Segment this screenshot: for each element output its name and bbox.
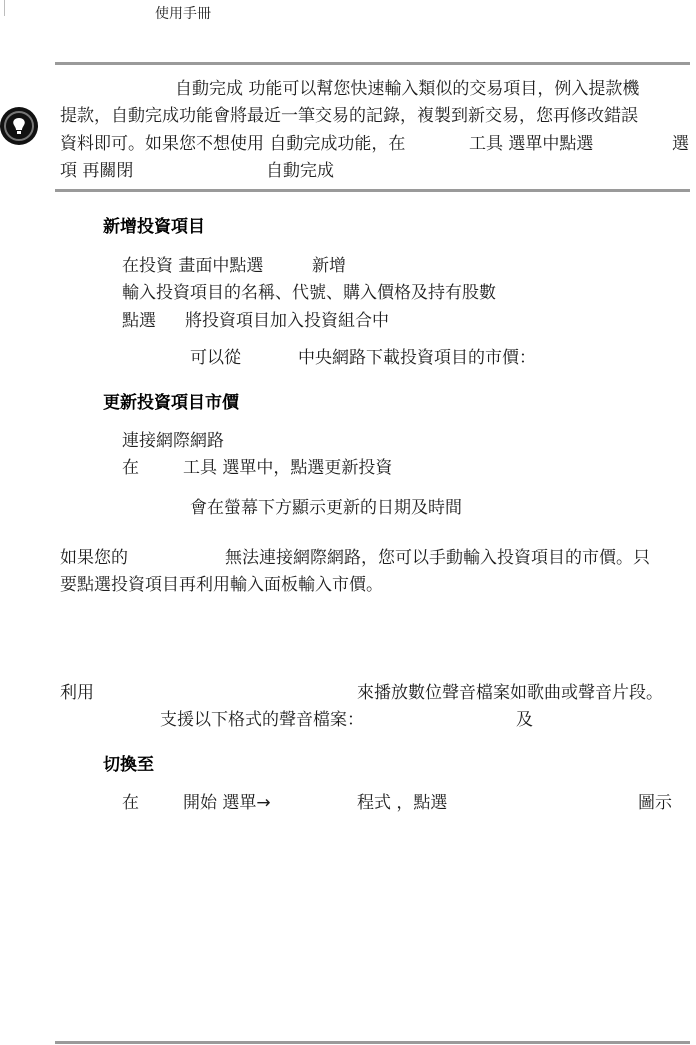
footer-rule xyxy=(55,1041,690,1044)
update-step-2: 在 xyxy=(122,455,139,481)
switch-step-a: 在 xyxy=(122,790,139,816)
manual-line-1a: 如果您的 xyxy=(60,545,128,571)
audio-line-2a: 支援以下格式的聲音檔案： xyxy=(160,707,364,733)
tip-line-3: 資料即可。如果您不想使用 自動完成功能，在 xyxy=(60,131,405,157)
update-step-2b: 工具 選單中，點選更新投資 xyxy=(183,455,392,481)
tip-line-4: 項 再關閉 xyxy=(60,158,133,184)
switch-step-c: 程式 ，點選 xyxy=(357,790,447,816)
add-note: 可以從 xyxy=(190,345,241,371)
section-heading-update: 更新投資項目市價 xyxy=(103,388,239,413)
audio-line-1a: 利用 xyxy=(60,680,94,706)
tip-line-3b: 工具 選單中點選 xyxy=(469,131,593,157)
add-step-2: 輸入投資項目的名稱、代號、購入價格及持有股數 xyxy=(122,280,496,306)
margin-mark xyxy=(4,0,5,16)
tip-line-1: 自動完成 功能可以幫您快速輸入類似的交易項目，例入提款機 xyxy=(175,76,639,102)
add-step-3b: 將投資項目加入投資組合中 xyxy=(185,308,389,334)
switch-step-b: 開始 選單→ xyxy=(183,790,271,816)
tip-line-3c: 選 xyxy=(672,131,689,157)
tip-bottom-rule xyxy=(55,189,690,192)
tip-line-2: 提款，自動完成功能會將最近一筆交易的記錄，複製到新交易，您再修改錯誤 xyxy=(60,103,638,129)
lightbulb-icon xyxy=(0,107,38,145)
page-header: 使用手冊 xyxy=(155,3,211,23)
manual-line-2: 要點選投資項目再利用輸入面板輸入市價。 xyxy=(60,572,383,598)
tip-line-4b: 自動完成 xyxy=(266,158,334,184)
audio-line-1b: 來播放數位聲音檔案如歌曲或聲音片段。 xyxy=(357,680,663,706)
add-step-1b: 新增 xyxy=(312,253,346,279)
audio-line-2b: 及 xyxy=(516,707,533,733)
manual-line-1b: 無法連接網際網路，您可以手動輸入投資項目的市價。只 xyxy=(225,545,650,571)
add-step-3: 點選 xyxy=(122,308,156,334)
switch-step-d: 圖示 xyxy=(638,790,672,816)
add-step-1: 在投資 畫面中點選 xyxy=(122,253,263,279)
section-heading-switch: 切換至 xyxy=(103,750,154,775)
section-heading-add: 新增投資項目 xyxy=(103,212,205,237)
update-step-1: 連接網際網路 xyxy=(122,428,224,454)
add-note-b: 中央網路下載投資項目的市價： xyxy=(298,345,536,371)
update-note: 會在螢幕下方顯示更新的日期及時間 xyxy=(190,495,462,521)
tip-top-rule xyxy=(55,62,690,65)
